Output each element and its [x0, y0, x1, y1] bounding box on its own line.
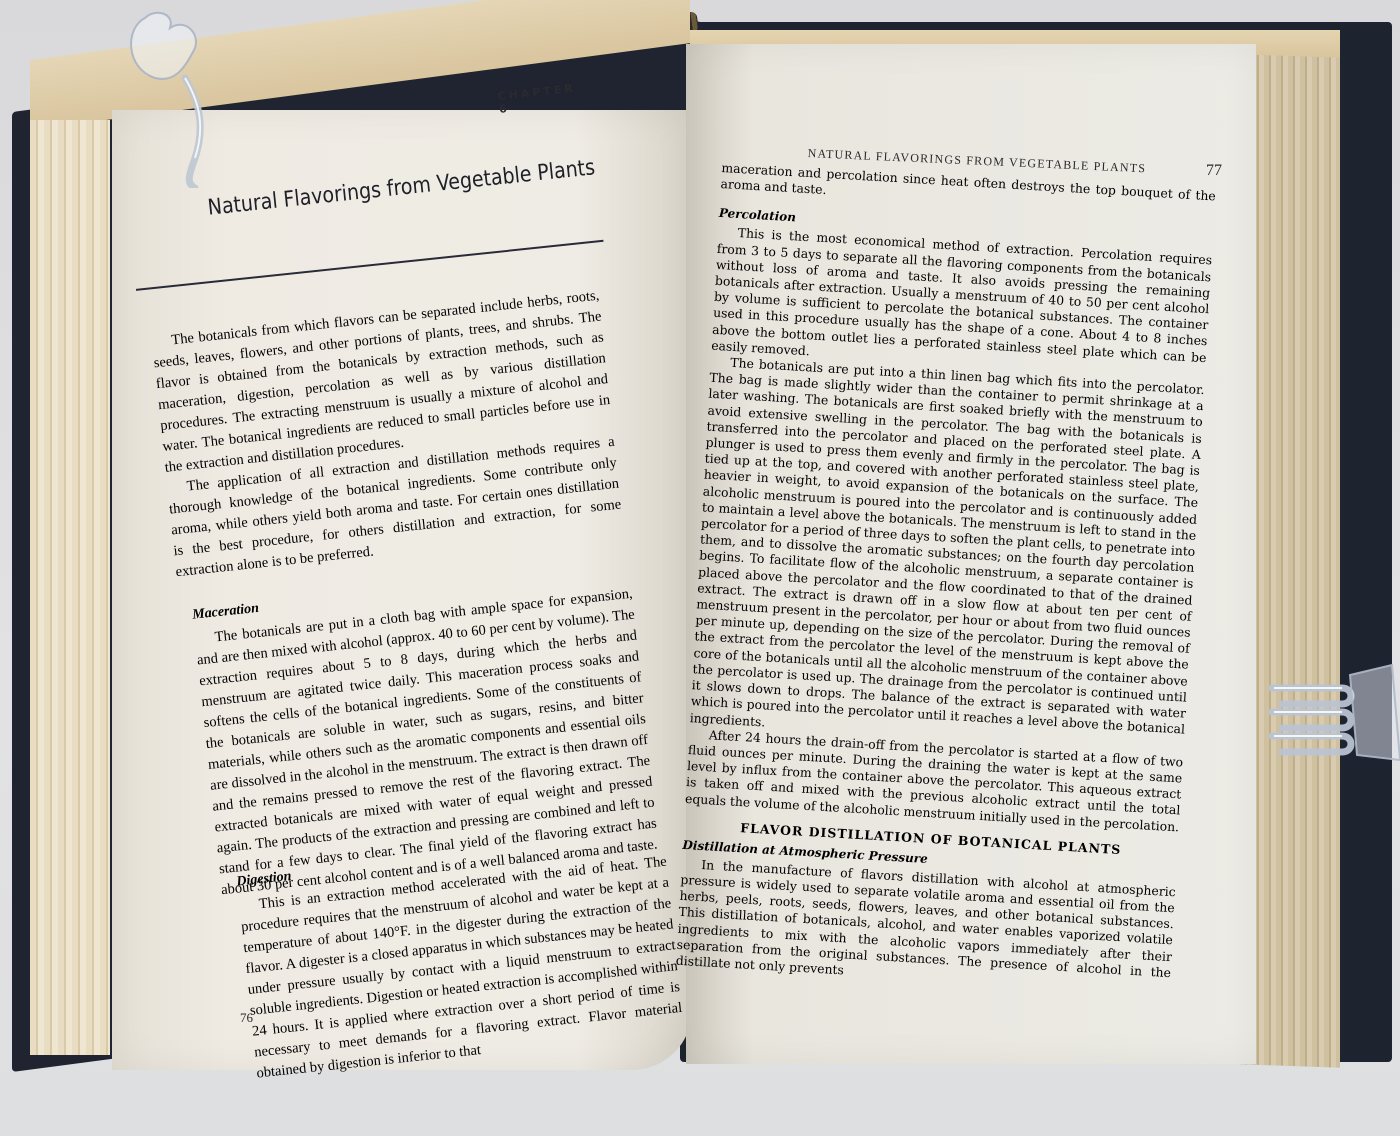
- page-number-right: 77: [1206, 162, 1222, 180]
- section-paragraph: The botanicals are put into a thin linen…: [689, 354, 1205, 755]
- digestion-section: Digestion This is an extraction method a…: [235, 827, 685, 1085]
- page-clip-right-icon: [1262, 660, 1400, 770]
- percolation-section: This is the most economical method of ex…: [685, 224, 1213, 835]
- right-page-content: maceration and percolation since heat of…: [675, 160, 1216, 997]
- photo-background: CHAPTER 6 Natural Flavorings from Vegeta…: [0, 0, 1400, 1136]
- page-block-left-edge: [30, 120, 110, 1055]
- page-clip-top-icon: [115, 8, 225, 188]
- page-number-left: 76: [240, 1010, 253, 1026]
- intro-section: The botanicals from which flavors can be…: [151, 286, 625, 584]
